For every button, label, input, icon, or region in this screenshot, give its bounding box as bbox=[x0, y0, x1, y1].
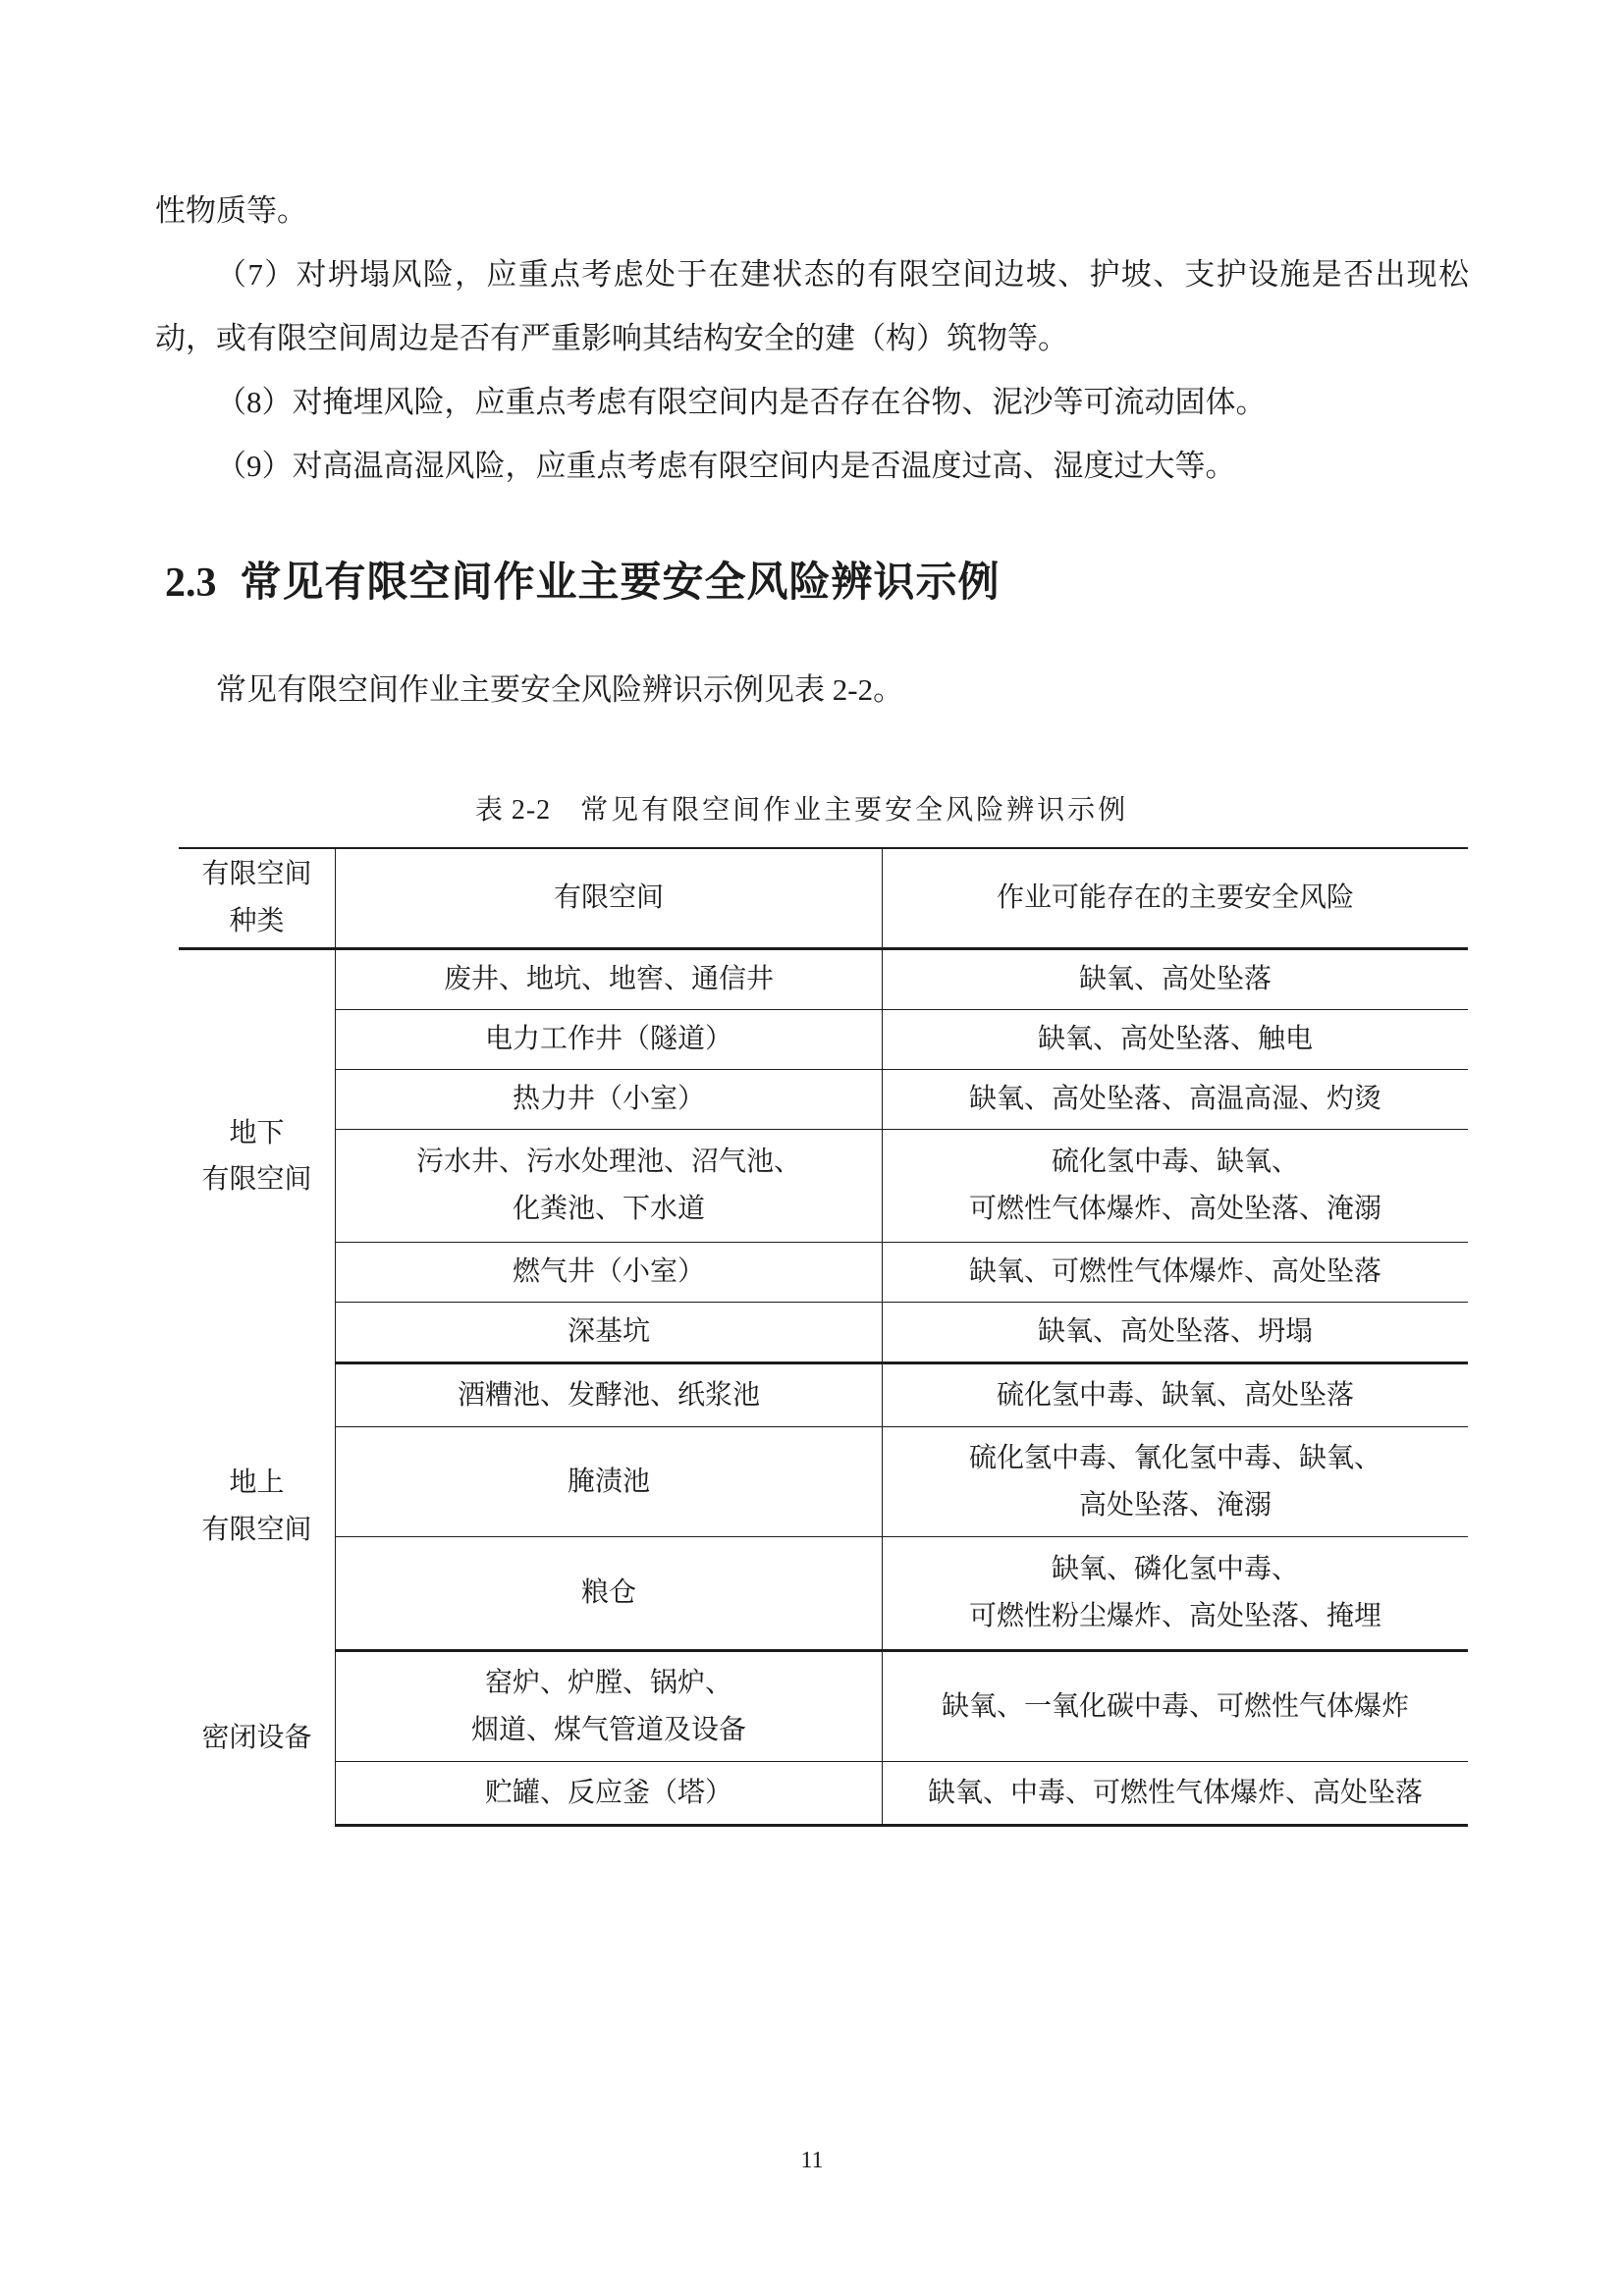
header-category: 有限空间 种类 bbox=[179, 848, 336, 949]
table-header-row: 有限空间 种类 有限空间 作业可能存在的主要安全风险 bbox=[179, 848, 1468, 949]
table-row: 密闭设备 窑炉、炉膛、锅炉、 烟道、煤气管道及设备 缺氧、一氧化碳中毒、可燃性气… bbox=[179, 1651, 1468, 1762]
space-cell: 污水井、污水处理池、沼气池、 化粪池、下水道 bbox=[336, 1130, 883, 1243]
table-row: 热力井（小室） 缺氧、高处坠落、高温高湿、灼烫 bbox=[179, 1070, 1468, 1130]
category-cell-enclosed-equipment: 密闭设备 bbox=[179, 1651, 336, 1826]
section-title: 常见有限空间作业主要安全风险辨识示例 bbox=[241, 559, 1001, 605]
space-cell: 窑炉、炉膛、锅炉、 烟道、煤气管道及设备 bbox=[336, 1651, 883, 1762]
space-cell: 粮仓 bbox=[336, 1537, 883, 1651]
space-cell: 废井、地坑、地窖、通信井 bbox=[336, 949, 883, 1010]
risk-cell: 缺氧、一氧化碳中毒、可燃性气体爆炸 bbox=[883, 1651, 1469, 1762]
page-number: 11 bbox=[0, 2148, 1624, 2174]
table-row: 地上 有限空间 酒糟池、发酵池、纸浆池 硫化氢中毒、缺氧、高处坠落 bbox=[179, 1363, 1468, 1427]
table-row: 燃气井（小室） 缺氧、可燃性气体爆炸、高处坠落 bbox=[179, 1243, 1468, 1303]
table-row: 电力工作井（隧道） 缺氧、高处坠落、触电 bbox=[179, 1010, 1468, 1070]
table-caption-title: 常见有限空间作业主要安全风险辨识示例 bbox=[580, 795, 1128, 826]
risk-cell: 缺氧、中毒、可燃性气体爆炸、高处坠落 bbox=[883, 1762, 1469, 1826]
table-caption: 表 2-2常见有限空间作业主要安全风险辨识示例 bbox=[155, 793, 1448, 828]
category-cell-underground: 地下 有限空间 bbox=[179, 949, 336, 1363]
risk-cell: 缺氧、高处坠落 bbox=[883, 949, 1469, 1010]
risk-cell: 缺氧、高处坠落、坍塌 bbox=[883, 1303, 1469, 1363]
paragraph-continuation: 性物质等。 bbox=[155, 179, 1469, 242]
space-cell: 腌渍池 bbox=[336, 1427, 883, 1537]
section-heading: 2.3常见有限空间作业主要安全风险辨识示例 bbox=[165, 557, 1469, 609]
paragraph-item-9: （9）对高温高湿风险，应重点考虑有限空间内是否温度过高、湿度过大等。 bbox=[155, 434, 1469, 498]
table-row: 腌渍池 硫化氢中毒、氰化氢中毒、缺氧、 高处坠落、淹溺 bbox=[179, 1427, 1468, 1537]
header-risk: 作业可能存在的主要安全风险 bbox=[883, 848, 1469, 949]
paragraph-item-7: （7）对坍塌风险，应重点考虑处于在建状态的有限空间边坡、护坡、支护设施是否出现松… bbox=[155, 242, 1469, 370]
space-cell: 酒糟池、发酵池、纸浆池 bbox=[336, 1363, 883, 1427]
space-cell: 深基坑 bbox=[336, 1303, 883, 1363]
page-content: 性物质等。 （7）对坍塌风险，应重点考虑处于在建状态的有限空间边坡、护坡、支护设… bbox=[0, 0, 1624, 1827]
document-page: 性物质等。 （7）对坍塌风险，应重点考虑处于在建状态的有限空间边坡、护坡、支护设… bbox=[0, 0, 1624, 2296]
table-row: 污水井、污水处理池、沼气池、 化粪池、下水道 硫化氢中毒、缺氧、 可燃性气体爆炸… bbox=[179, 1130, 1468, 1243]
risk-cell: 硫化氢中毒、缺氧、高处坠落 bbox=[883, 1363, 1469, 1427]
table-caption-label: 表 2-2 bbox=[475, 795, 551, 826]
risk-cell: 硫化氢中毒、氰化氢中毒、缺氧、 高处坠落、淹溺 bbox=[883, 1427, 1469, 1537]
space-cell: 热力井（小室） bbox=[336, 1070, 883, 1130]
category-cell-aboveground: 地上 有限空间 bbox=[179, 1363, 336, 1651]
table-row: 贮罐、反应釜（塔） 缺氧、中毒、可燃性气体爆炸、高处坠落 bbox=[179, 1762, 1468, 1826]
table-row: 地下 有限空间 废井、地坑、地窖、通信井 缺氧、高处坠落 bbox=[179, 949, 1468, 1010]
table-row: 粮仓 缺氧、磷化氢中毒、 可燃性粉尘爆炸、高处坠落、掩埋 bbox=[179, 1537, 1468, 1651]
table-intro: 常见有限空间作业主要安全风险辨识示例见表 2-2。 bbox=[155, 658, 1469, 721]
risk-cell: 缺氧、可燃性气体爆炸、高处坠落 bbox=[883, 1243, 1469, 1303]
space-cell: 电力工作井（隧道） bbox=[336, 1010, 883, 1070]
header-space: 有限空间 bbox=[336, 848, 883, 949]
paragraph-item-8: （8）对掩埋风险，应重点考虑有限空间内是否存在谷物、泥沙等可流动固体。 bbox=[155, 370, 1469, 434]
risk-cell: 缺氧、高处坠落、触电 bbox=[883, 1010, 1469, 1070]
section-number: 2.3 bbox=[165, 561, 217, 606]
space-cell: 燃气井（小室） bbox=[336, 1243, 883, 1303]
risk-cell: 缺氧、高处坠落、高温高湿、灼烫 bbox=[883, 1070, 1469, 1130]
table-row: 深基坑 缺氧、高处坠落、坍塌 bbox=[179, 1303, 1468, 1363]
risk-cell: 硫化氢中毒、缺氧、 可燃性气体爆炸、高处坠落、淹溺 bbox=[883, 1130, 1469, 1243]
risk-table: 有限空间 种类 有限空间 作业可能存在的主要安全风险 地下 有限空间 废井、地坑… bbox=[179, 847, 1468, 1827]
space-cell: 贮罐、反应釜（塔） bbox=[336, 1762, 883, 1826]
risk-cell: 缺氧、磷化氢中毒、 可燃性粉尘爆炸、高处坠落、掩埋 bbox=[883, 1537, 1469, 1651]
